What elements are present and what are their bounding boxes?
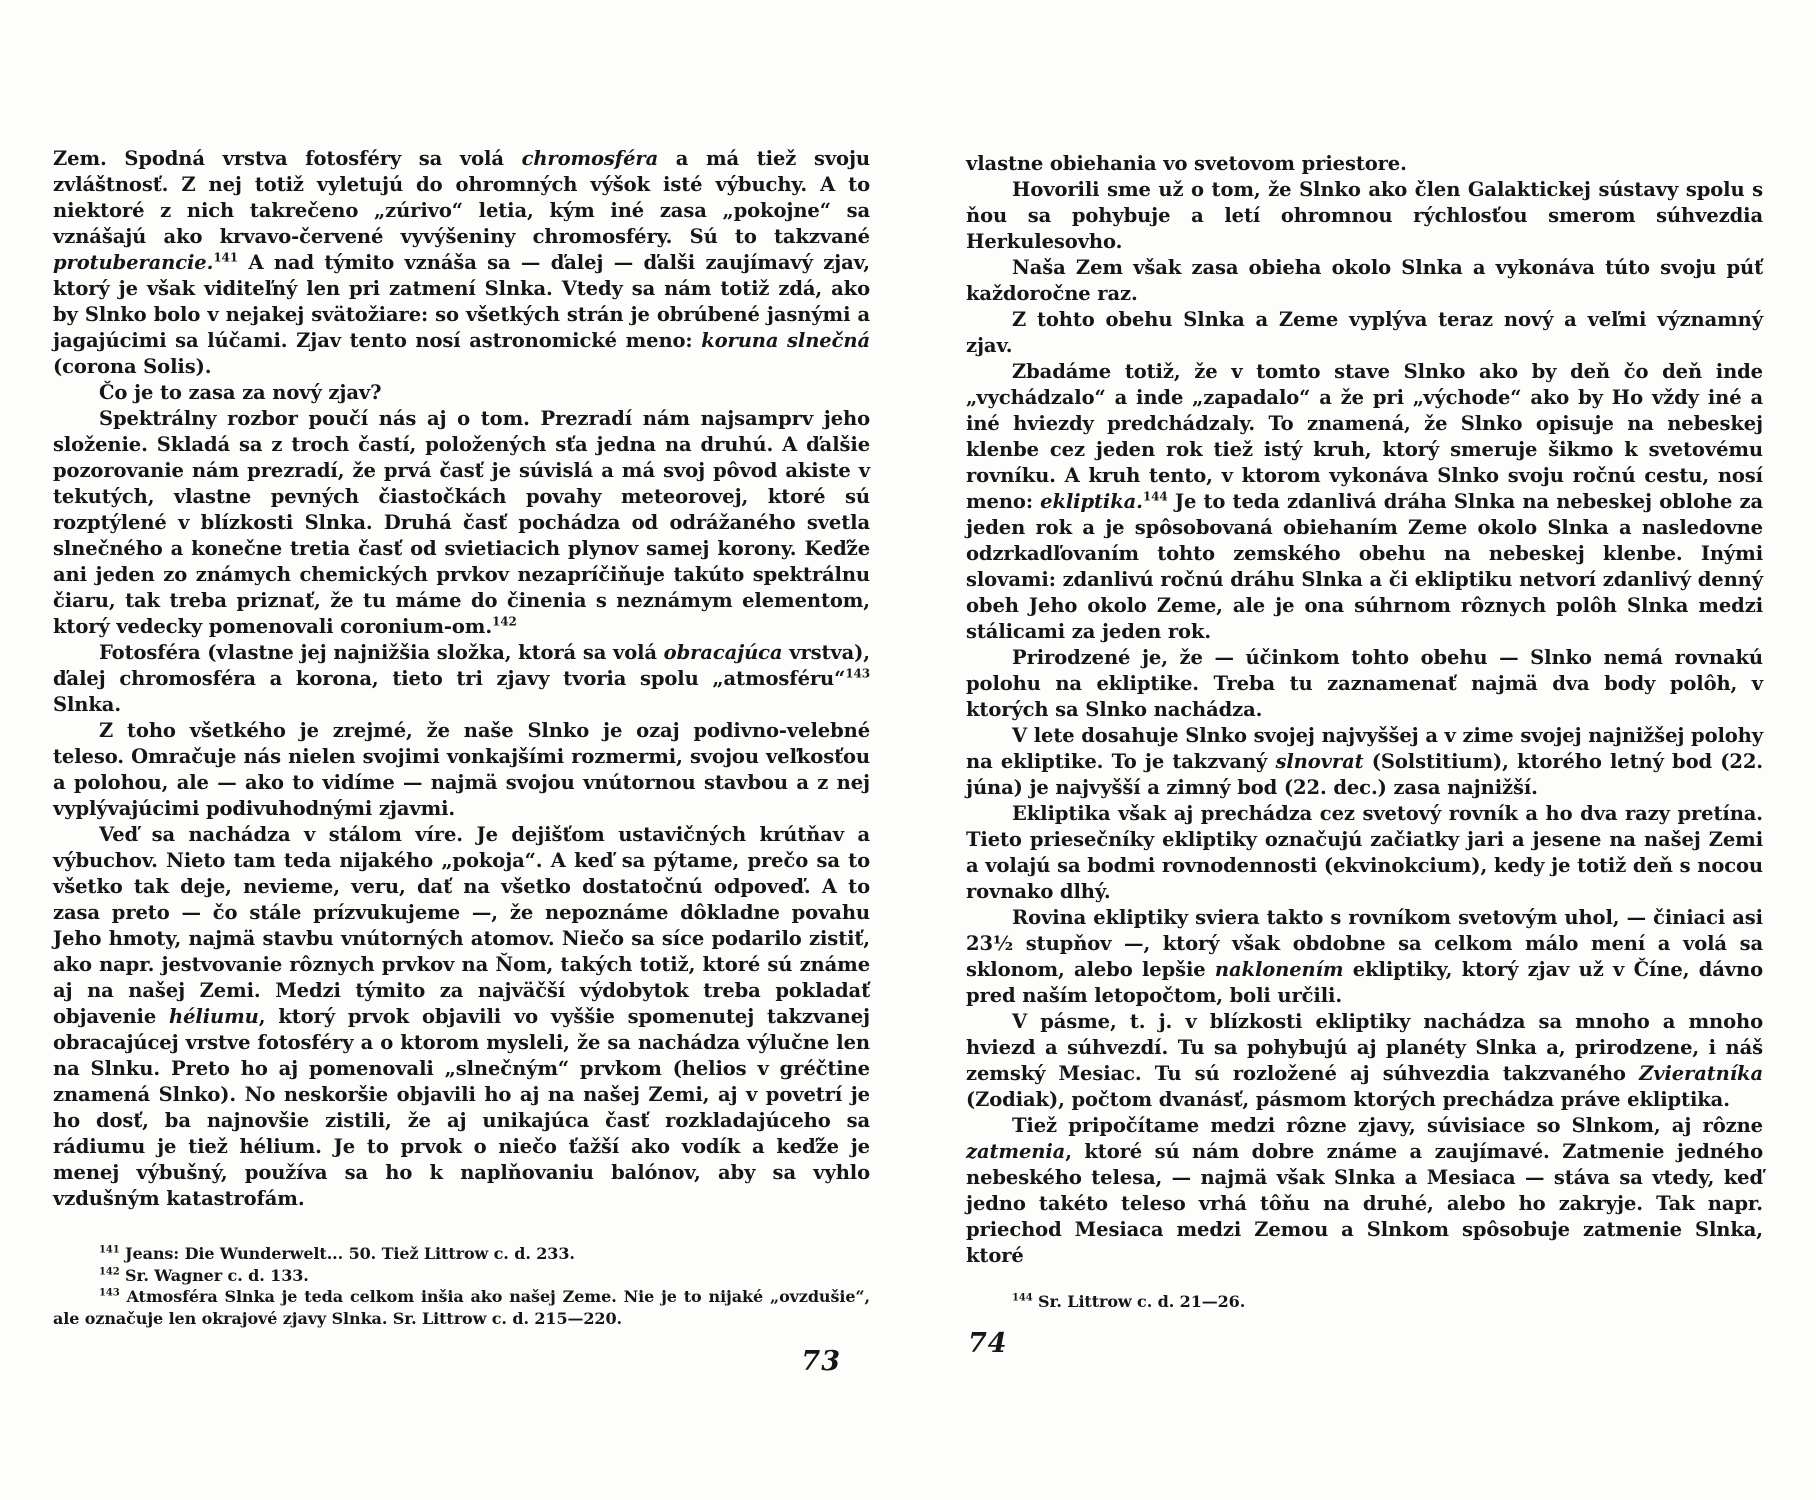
text-run: Ekliptika však aj prechádza cez svetový …: [966, 802, 1763, 903]
paragraph: Naša Zem však zasa obieha okolo Slnka a …: [966, 255, 1763, 307]
footnote-marker: 144: [1143, 490, 1168, 504]
paragraph: Zbadáme totiž, že v tomto stave Slnko ak…: [966, 359, 1763, 645]
paragraph: Čo je to zasa za nový zjav?: [53, 380, 870, 406]
paragraph: Spektrálny rozbor poučí nás aj o tom. Pr…: [53, 406, 870, 640]
footnote-marker: 142: [492, 615, 517, 629]
footnote: 141 Jeans: Die Wunderwelt... 50. Tiež Li…: [53, 1243, 870, 1265]
text-run: Veď sa nachádza v stálom víre. Je dejišť…: [53, 823, 870, 1028]
right-page-footnotes: 144 Sr. Littrow c. d. 21—26.: [966, 1291, 1763, 1313]
paragraph: vlastne obiehania vo svetovom priestore.: [966, 151, 1763, 177]
paragraph: Z tohto obehu Slnka a Zeme vyplýva teraz…: [966, 307, 1763, 359]
footnote-number: 144: [1012, 1293, 1033, 1304]
paragraph: Tiež pripočítame medzi rôzne zjavy, súvi…: [966, 1113, 1763, 1269]
text-run: Prirodzené je, že — účinkom tohto obehu …: [966, 646, 1763, 721]
text-run: , ktoré sú nám dobre známe a zaujímavé. …: [966, 1140, 1763, 1267]
paragraph: V pásme, t. j. v blízkosti ekliptiky nac…: [966, 1009, 1763, 1113]
italic-term: obracajúca: [664, 641, 783, 664]
text-run: Tiež pripočítame medzi rôzne zjavy, súvi…: [1012, 1114, 1763, 1137]
text-run: Čo je to zasa za nový zjav?: [99, 381, 381, 404]
text-run: (Zodiak), počtom dvanásť, pásmom ktorých…: [966, 1088, 1730, 1111]
footnote: 142 Sr. Wagner c. d. 133.: [53, 1265, 870, 1287]
text-run: Z tohto obehu Slnka a Zeme vyplýva teraz…: [966, 308, 1763, 357]
paragraph: Hovorili sme už o tom, že Slnko ako člen…: [966, 177, 1763, 255]
paragraph: Ekliptika však aj prechádza cez svetový …: [966, 801, 1763, 905]
footnote-number: 141: [99, 1245, 120, 1256]
text-run: Fotosféra (vlastne jej najnižšia složka,…: [99, 641, 664, 664]
italic-term: chromosféra: [522, 147, 659, 170]
book-spread: { "document": { "left_page": { "number":…: [0, 0, 1816, 1500]
paragraph: Z toho všetkého je zrejmé, že naše Slnko…: [53, 718, 870, 822]
text-run: vlastne obiehania vo svetovom priestore.: [966, 152, 1407, 175]
footnote-number: 142: [99, 1266, 120, 1277]
italic-term: protuberancie.: [53, 251, 213, 274]
paragraph: Zem. Spodná vrstva fotosféry sa volá chr…: [53, 146, 870, 380]
footnote: 143 Atmosféra Slnka je teda celkom inšia…: [53, 1286, 870, 1329]
italic-term: héliumu: [169, 1005, 259, 1028]
text-run: Z toho všetkého je zrejmé, že naše Slnko…: [53, 719, 870, 820]
italic-term: naklonením: [1215, 958, 1344, 981]
footnote-marker: 141: [213, 251, 238, 265]
paragraph: V lete dosahuje Slnko svojej najvyššej a…: [966, 723, 1763, 801]
italic-term: zatmenia: [966, 1140, 1065, 1163]
page-number-right: 74: [968, 1328, 1008, 1359]
page-number-left: 73: [53, 1346, 841, 1377]
paragraph: Fotosféra (vlastne jej najnižšia složka,…: [53, 640, 870, 718]
text-run: Naša Zem však zasa obieha okolo Slnka a …: [966, 256, 1763, 305]
footnote-number: 143: [99, 1288, 120, 1299]
text-run: Zem. Spodná vrstva fotosféry sa volá: [53, 147, 522, 170]
italic-term: Zvieratníka: [1639, 1062, 1763, 1085]
text-run: Hovorili sme už o tom, že Slnko ako člen…: [966, 178, 1763, 253]
text-run: Slnka.: [53, 693, 121, 716]
footnote: 144 Sr. Littrow c. d. 21—26.: [966, 1291, 1763, 1313]
text-run: (corona Solis).: [53, 355, 211, 378]
italic-term: ekliptika.: [1040, 490, 1143, 513]
italic-term: koruna slnečná: [701, 329, 870, 352]
italic-term: slnovrat: [1276, 750, 1364, 773]
right-page-text-column: vlastne obiehania vo svetovom priestore.…: [966, 151, 1763, 1269]
left-page-footnotes: 141 Jeans: Die Wunderwelt... 50. Tiež Li…: [53, 1243, 870, 1329]
paragraph: Prirodzené je, že — účinkom tohto obehu …: [966, 645, 1763, 723]
paragraph: Veď sa nachádza v stálom víre. Je dejišť…: [53, 822, 870, 1212]
footnote-marker: 143: [845, 667, 870, 681]
paragraph: Rovina ekliptiky sviera takto s rovníkom…: [966, 905, 1763, 1009]
left-page-text-column: Zem. Spodná vrstva fotosféry sa volá chr…: [53, 146, 870, 1212]
text-run: Spektrálny rozbor poučí nás aj o tom. Pr…: [53, 407, 870, 638]
text-run: , ktorý prvok objavili vo vyššie spomenu…: [53, 1005, 870, 1210]
